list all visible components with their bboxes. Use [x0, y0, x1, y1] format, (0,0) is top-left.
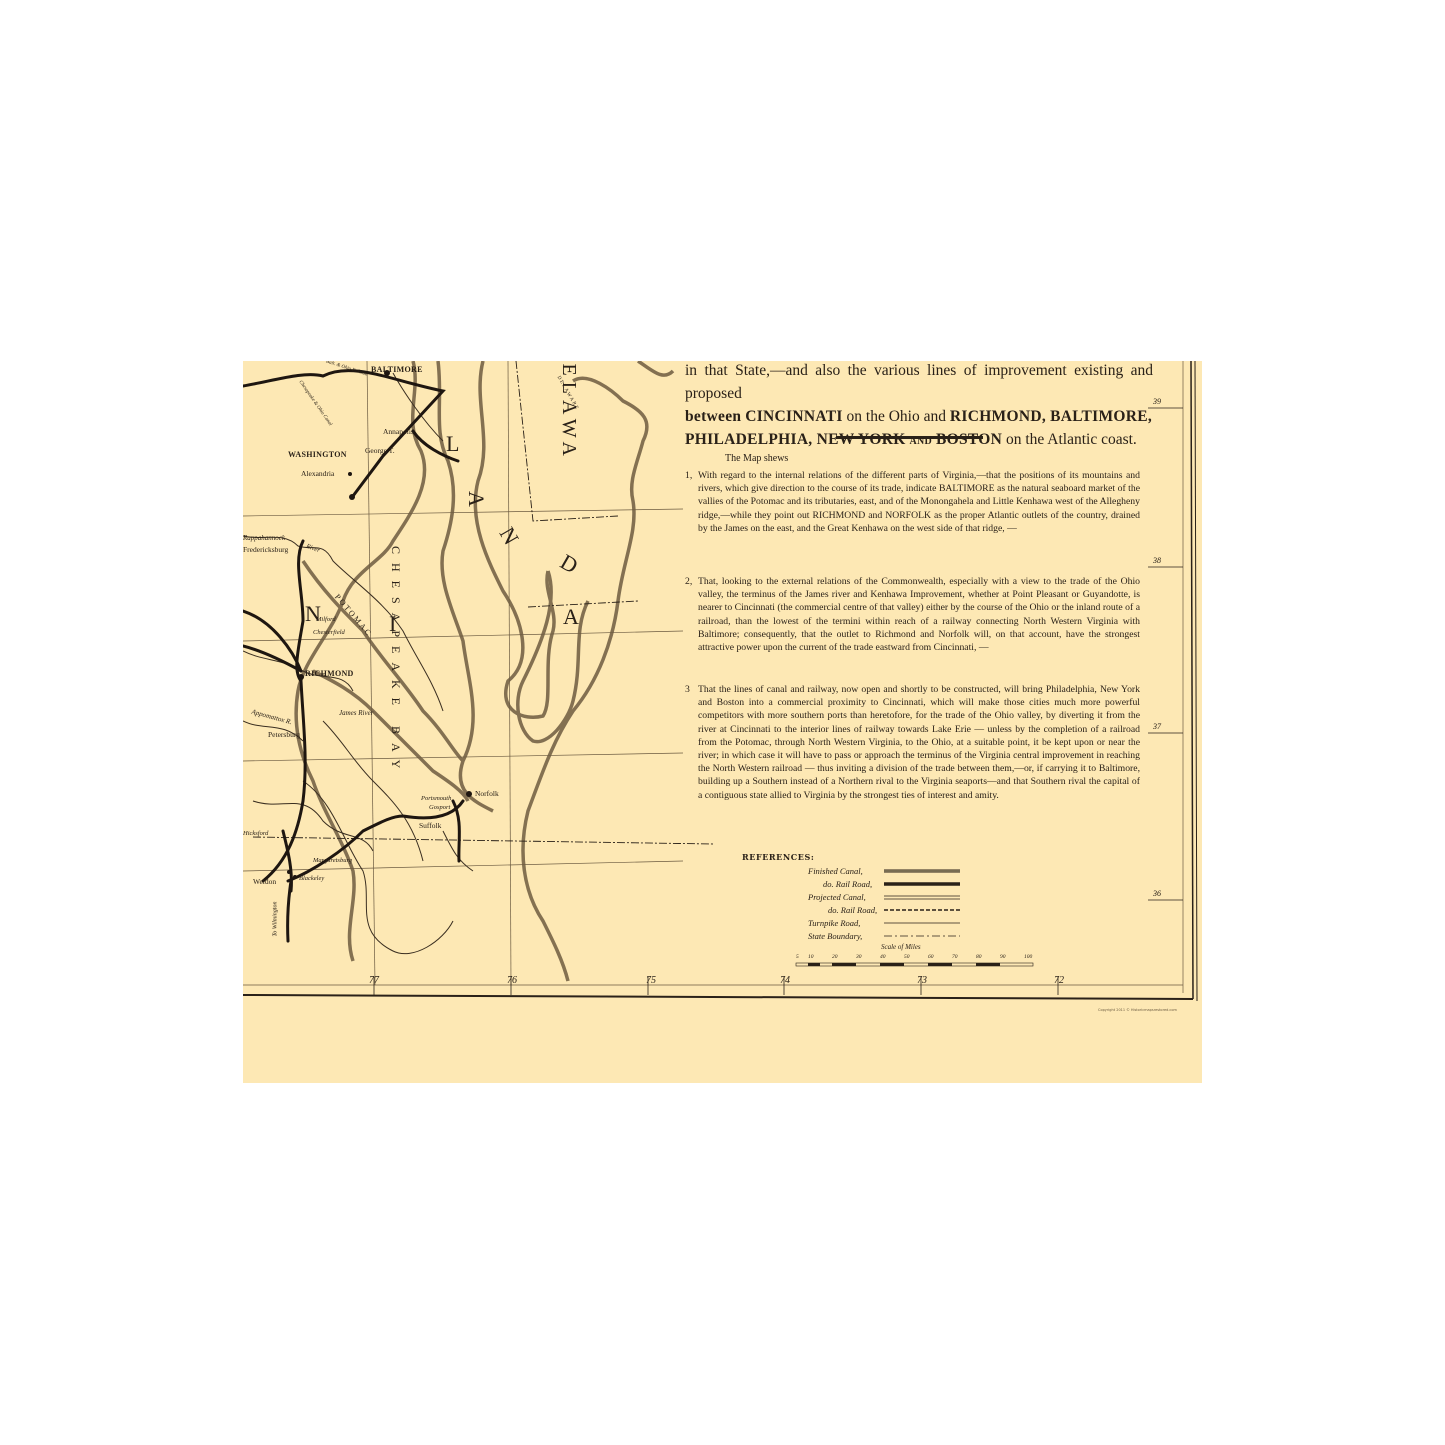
map-shews-heading: The Map shews [725, 453, 788, 464]
legend-lines [884, 871, 960, 936]
divider-rule [836, 436, 983, 439]
ref-turnpike-road: Turnpike Road, [808, 918, 860, 928]
label-washington: WASHINGTON [288, 450, 347, 459]
label-va-i: I [389, 611, 396, 637]
lon-74: 74 [780, 975, 790, 986]
scale-tick-label: 70 [952, 954, 958, 960]
label-rappahannock: Rappahannock [243, 534, 285, 542]
label-md-a2: A [563, 604, 579, 630]
scale-tick-label: 80 [976, 954, 982, 960]
intro-line-1: in that State,—and also the various line… [685, 361, 1153, 405]
label-alexandria: Alexandria [301, 469, 334, 478]
intro-line-2: between CINCINNATI on the Ohio and RICHM… [685, 405, 1153, 428]
scale-tick-label: 100 [1024, 954, 1032, 960]
label-margaretsburg: Margaretsburg [313, 857, 352, 864]
scale-tick-label: 10 [808, 954, 814, 960]
label-norfolk: Norfolk [475, 789, 499, 798]
label-suffolk: Suffolk [419, 821, 441, 830]
scale-tick-label: 50 [904, 954, 910, 960]
paragraph-3: 3 That the lines of canal and railway, n… [698, 683, 1140, 802]
scale-tick-label: 5 [796, 954, 799, 960]
label-petersburg: Petersburg [268, 730, 300, 739]
scale-title: Scale of Miles [881, 943, 921, 951]
intro-line-3: PHILADELPHIA, NEW YORK AND BOSTON on the… [685, 428, 1153, 453]
ref-finished-canal: Finished Canal, [808, 866, 863, 876]
label-blackeley: Blackeley [299, 875, 324, 882]
label-md-a: A [463, 491, 489, 507]
lon-72: 72 [1054, 975, 1064, 986]
paragraph-2: 2, That, looking to the external relatio… [698, 575, 1140, 654]
lat-38: 38 [1153, 556, 1161, 565]
references-title: REFERENCES: [742, 852, 814, 862]
lat-37: 37 [1153, 722, 1161, 731]
label-georgetown: George T. [365, 446, 395, 455]
paragraph-1: 1, With regard to the internal relations… [698, 469, 1140, 535]
scale-tick-label: 40 [880, 954, 886, 960]
copyright-notice: Copyright 2011 © Historicmapsrestored.co… [1098, 1008, 1177, 1012]
label-portsmouth: Portsmouth [421, 795, 451, 802]
lat-36: 36 [1153, 889, 1161, 898]
intro-text: in that State,—and also the various line… [685, 361, 1153, 453]
scale-bar [796, 963, 1033, 966]
label-baltimore: BALTIMORE [371, 365, 423, 374]
lon-76: 76 [507, 975, 517, 986]
label-hicksford: Hicksford [243, 830, 268, 837]
railroads [243, 371, 463, 941]
lat-39: 39 [1153, 397, 1161, 406]
lon-77: 77 [369, 975, 379, 986]
ref-projected-rail-road: do. Rail Road, [828, 905, 877, 915]
label-gosport: Gosport [429, 804, 450, 811]
lon-73: 73 [917, 975, 927, 986]
label-james-river: James River [339, 709, 373, 717]
scale-tick-label: 20 [832, 954, 838, 960]
label-md-l: L [446, 431, 459, 457]
map-sheet: in that State,—and also the various line… [243, 361, 1202, 1083]
label-to-wilmington: To Wilmington [272, 902, 278, 937]
label-richmond: RICHMOND [305, 669, 354, 678]
lon-75: 75 [646, 975, 656, 986]
label-fredericksburg: Fredericksburg [243, 545, 288, 554]
label-chesterfield: Chesterfield [313, 629, 345, 636]
scale-tick-label: 30 [856, 954, 862, 960]
border [243, 361, 1197, 1001]
label-va-n: N [305, 601, 321, 627]
label-delaware-state: DELAWA [557, 361, 580, 462]
ref-projected-canal: Projected Canal, [808, 892, 866, 902]
scale-tick-label: 90 [1000, 954, 1006, 960]
ref-state-boundary: State Boundary, [808, 931, 862, 941]
ref-rail-road: do. Rail Road, [823, 879, 872, 889]
label-annapolis: Annapolis [383, 427, 414, 436]
scale-tick-label: 60 [928, 954, 934, 960]
label-chesapeake-bay: CHESAPEAKE BAY [388, 546, 403, 777]
label-weldon: Weldon [253, 877, 276, 886]
